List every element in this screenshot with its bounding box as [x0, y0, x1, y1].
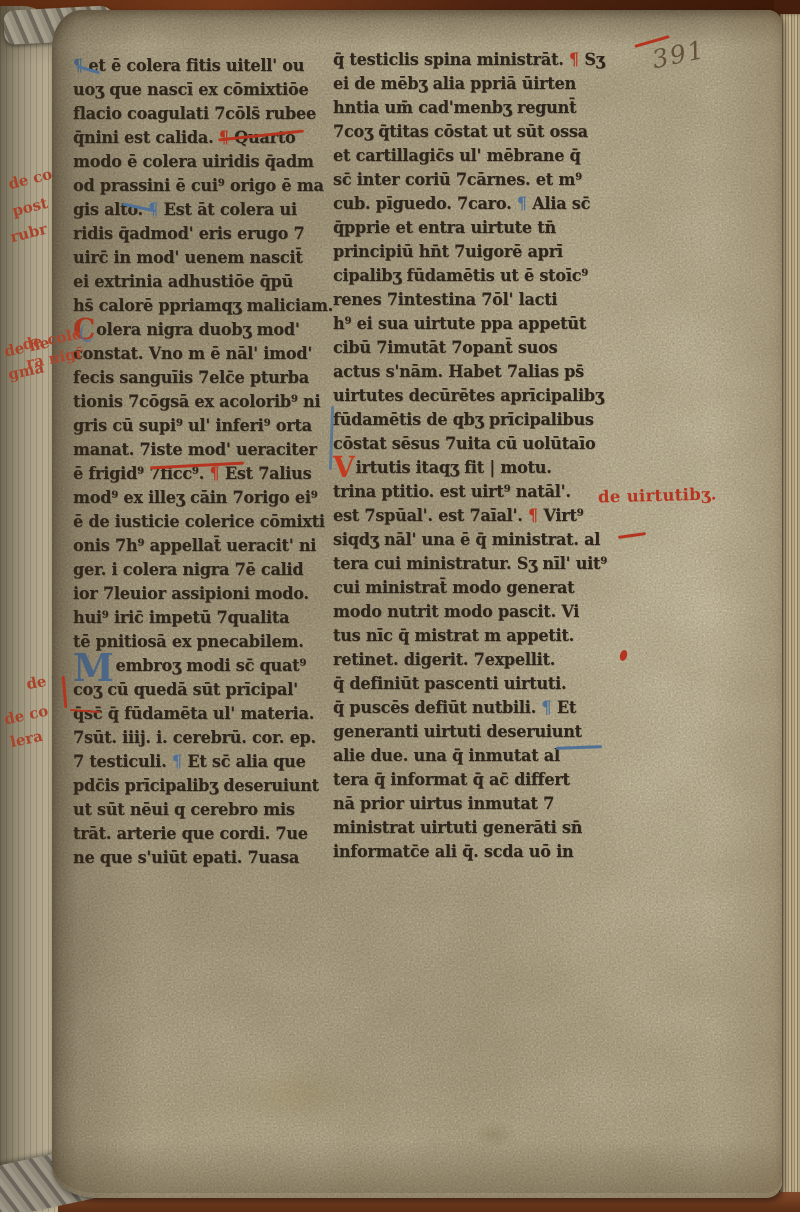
parchment-page: ¶ et ē colera fitis uitell' ouuoʒ que na…	[52, 10, 782, 1198]
fore-edge-page-stack	[780, 14, 800, 1194]
manuscript-photo: de co post rubr de fle gma de men de co …	[0, 0, 800, 1212]
previous-folio-edges: de co post rubr de fle gma de men de co …	[0, 6, 58, 1212]
page-curvature-shading	[52, 10, 782, 1198]
initial-filigree-blue	[80, 324, 94, 342]
